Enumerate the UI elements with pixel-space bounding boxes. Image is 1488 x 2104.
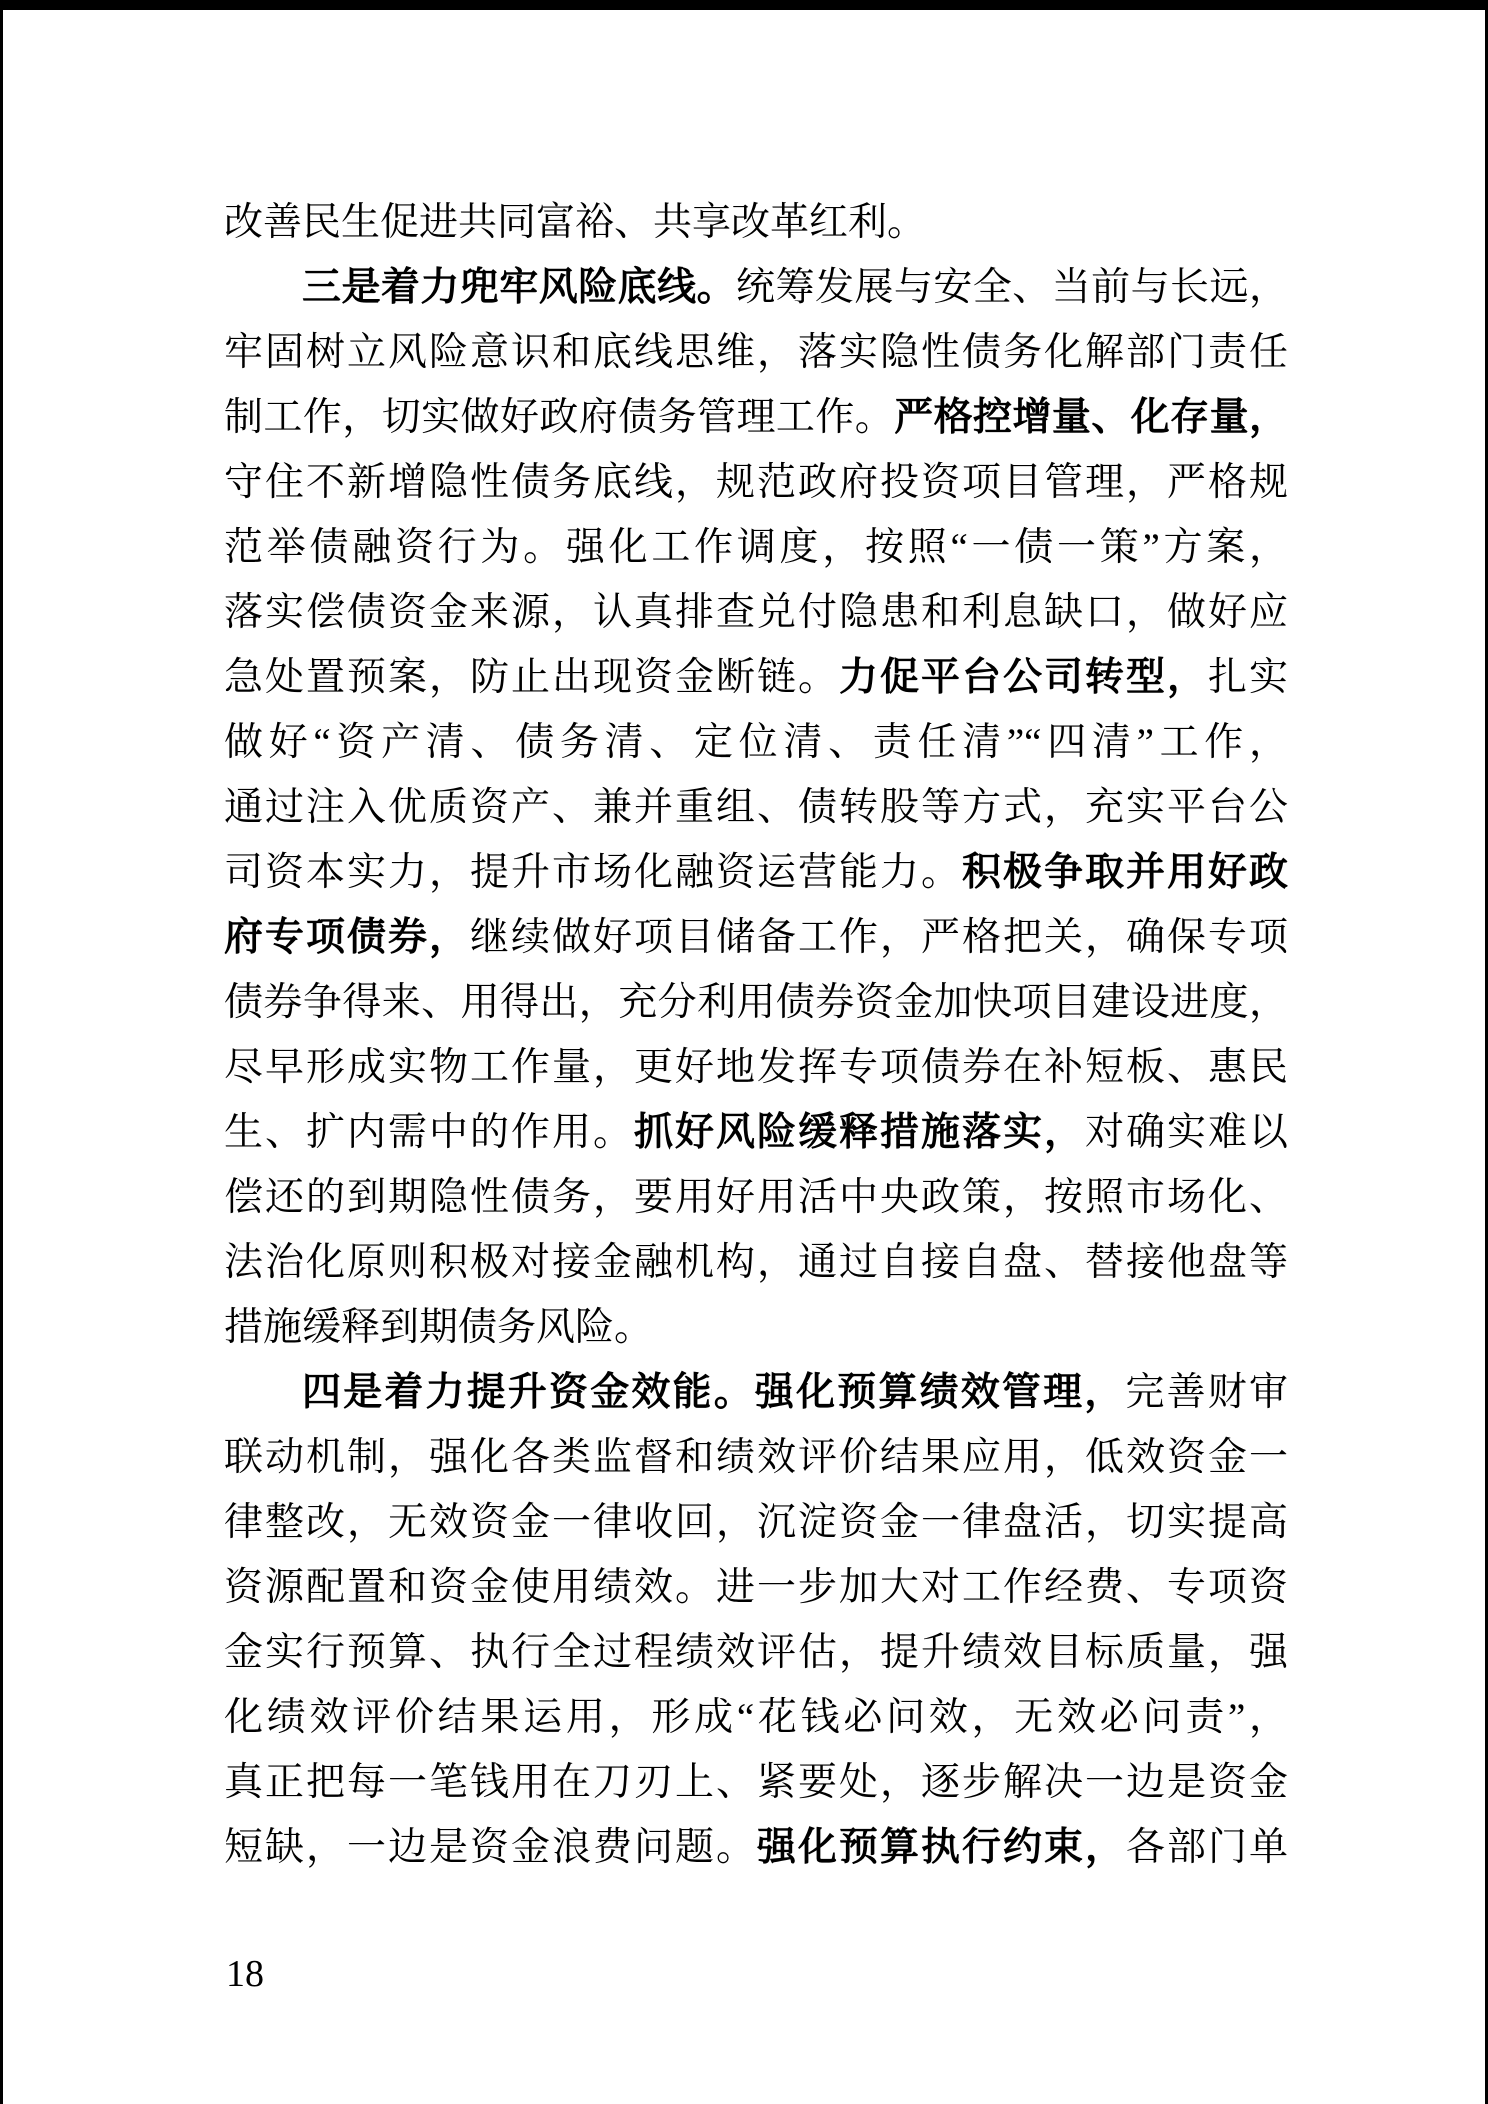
text-run: 府专项债券， — [224, 916, 470, 959]
text-run: 尽早形成实物工作量，更好地发挥专项债券在补短板、惠民 — [224, 1046, 1288, 1089]
text-run: 扎实 — [1208, 656, 1288, 699]
text-line: 偿还的到期隐性债务，要用好用活中央政策，按照市场化、 — [224, 1165, 1288, 1230]
text-line: 落实偿债资金来源，认真排查兑付隐患和利息缺口，做好应 — [224, 580, 1288, 645]
text-run: 措施缓释到期债务风险。 — [224, 1306, 653, 1349]
scan-edge-left — [0, 0, 3, 2104]
text-line: 金实行预算、执行全过程绩效评估，提升绩效目标质量，强 — [224, 1620, 1288, 1685]
text-line: 尽早形成实物工作量，更好地发挥专项债券在补短板、惠民 — [224, 1035, 1288, 1100]
text-run: 做好“资产清、债务清、定位清、责任清”“四清”工作， — [224, 721, 1288, 764]
text-line: 法治化原则积极对接金融机构，通过自接自盘、替接他盘等 — [224, 1230, 1288, 1295]
text-run: 司资本实力，提升市场化融资运营能力。 — [224, 851, 962, 894]
text-run: 完善财审 — [1125, 1371, 1288, 1414]
text-run: 力促平台公司转型， — [839, 656, 1208, 699]
text-line: 牢固树立风险意识和底线思维，落实隐性债务化解部门责任 — [224, 320, 1288, 385]
text-line: 生、扩内需中的作用。抓好风险缓释措施落实，对确实难以 — [224, 1100, 1288, 1165]
text-line: 做好“资产清、债务清、定位清、责任清”“四清”工作， — [224, 710, 1288, 775]
text-line: 司资本实力，提升市场化融资运营能力。积极争取并用好政 — [224, 840, 1288, 905]
text-run: 各部门单 — [1126, 1826, 1288, 1869]
text-line: 四是着力提升资金效能。强化预算绩效管理，完善财审 — [224, 1360, 1288, 1425]
text-run: 落实偿债资金来源，认真排查兑付隐患和利息缺口，做好应 — [224, 591, 1288, 634]
text-run: 通过注入优质资产、兼并重组、债转股等方式，充实平台公 — [224, 786, 1288, 829]
text-line: 资源配置和资金使用绩效。进一步加大对工作经费、专项资 — [224, 1555, 1288, 1620]
text-line: 府专项债券，继续做好项目储备工作，严格把关，确保专项 — [224, 905, 1288, 970]
text-line: 通过注入优质资产、兼并重组、债转股等方式，充实平台公 — [224, 775, 1288, 840]
text-line: 化绩效评价结果运用，形成“花钱必问效，无效必问责”， — [224, 1685, 1288, 1750]
text-run: 统筹发展与安全、当前与长远， — [736, 266, 1288, 309]
text-line: 联动机制，强化各类监督和绩效评价结果应用，低效资金一 — [224, 1425, 1288, 1490]
text-run: 积极争取并用好政 — [962, 851, 1288, 894]
text-run: 资源配置和资金使用绩效。进一步加大对工作经费、专项资 — [224, 1566, 1288, 1609]
text-run: 法治化原则积极对接金融机构，通过自接自盘、替接他盘等 — [224, 1241, 1288, 1284]
text-run: 四是着力提升资金效能。强化预算绩效管理， — [302, 1371, 1125, 1414]
text-line: 措施缓释到期债务风险。 — [224, 1295, 1288, 1360]
text-line: 短缺，一边是资金浪费问题。强化预算执行约束，各部门单 — [224, 1815, 1288, 1880]
text-run: 金实行预算、执行全过程绩效评估，提升绩效目标质量，强 — [224, 1631, 1288, 1674]
text-run: 继续做好项目储备工作，严格把关，确保专项 — [470, 916, 1288, 959]
text-line: 律整改，无效资金一律收回，沉淀资金一律盘活，切实提高 — [224, 1490, 1288, 1555]
document-body: 改善民生促进共同富裕、共享改革红利。三是着力兜牢风险底线。统筹发展与安全、当前与… — [224, 190, 1288, 1880]
page-number: 18 — [226, 1952, 264, 1996]
text-line: 三是着力兜牢风险底线。统筹发展与安全、当前与长远， — [224, 255, 1288, 320]
text-run: 偿还的到期隐性债务，要用好用活中央政策，按照市场化、 — [224, 1176, 1288, 1219]
text-run: 抓好风险缓释措施落实， — [634, 1111, 1085, 1154]
scan-edge-top — [0, 0, 1488, 10]
text-line: 制工作，切实做好政府债务管理工作。严格控增量、化存量， — [224, 385, 1288, 450]
text-run: 牢固树立风险意识和底线思维，落实隐性债务化解部门责任 — [224, 331, 1288, 374]
text-run: 三是着力兜牢风险底线。 — [302, 266, 736, 309]
text-run: 强化预算执行约束， — [757, 1826, 1126, 1869]
text-run: 对确实难以 — [1085, 1111, 1288, 1154]
text-line: 真正把每一笔钱用在刀刃上、紧要处，逐步解决一边是资金 — [224, 1750, 1288, 1815]
text-run: 严格控增量、化存量， — [894, 396, 1288, 439]
text-run: 范举债融资行为。强化工作调度，按照“一债一策”方案， — [224, 526, 1288, 569]
text-line: 改善民生促进共同富裕、共享改革红利。 — [224, 190, 1288, 255]
text-run: 化绩效评价结果运用，形成“花钱必问效，无效必问责”， — [224, 1696, 1288, 1739]
text-run: 短缺，一边是资金浪费问题。 — [224, 1826, 757, 1869]
text-run: 债券争得来、用得出，充分利用债券资金加快项目建设进度， — [224, 981, 1288, 1024]
document-page: 改善民生促进共同富裕、共享改革红利。三是着力兜牢风险底线。统筹发展与安全、当前与… — [0, 0, 1488, 2104]
text-line: 债券争得来、用得出，充分利用债券资金加快项目建设进度， — [224, 970, 1288, 1035]
text-line: 守住不新增隐性债务底线，规范政府投资项目管理，严格规 — [224, 450, 1288, 515]
text-run: 急处置预案，防止出现资金断链。 — [224, 656, 839, 699]
text-run: 联动机制，强化各类监督和绩效评价结果应用，低效资金一 — [224, 1436, 1288, 1479]
text-run: 制工作，切实做好政府债务管理工作。 — [224, 396, 894, 439]
text-run: 生、扩内需中的作用。 — [224, 1111, 634, 1154]
text-run: 守住不新增隐性债务底线，规范政府投资项目管理，严格规 — [224, 461, 1288, 504]
text-run: 真正把每一笔钱用在刀刃上、紧要处，逐步解决一边是资金 — [224, 1761, 1288, 1804]
text-run: 改善民生促进共同富裕、共享改革红利。 — [224, 201, 926, 244]
text-line: 急处置预案，防止出现资金断链。力促平台公司转型，扎实 — [224, 645, 1288, 710]
text-line: 范举债融资行为。强化工作调度，按照“一债一策”方案， — [224, 515, 1288, 580]
text-run: 律整改，无效资金一律收回，沉淀资金一律盘活，切实提高 — [224, 1501, 1288, 1544]
